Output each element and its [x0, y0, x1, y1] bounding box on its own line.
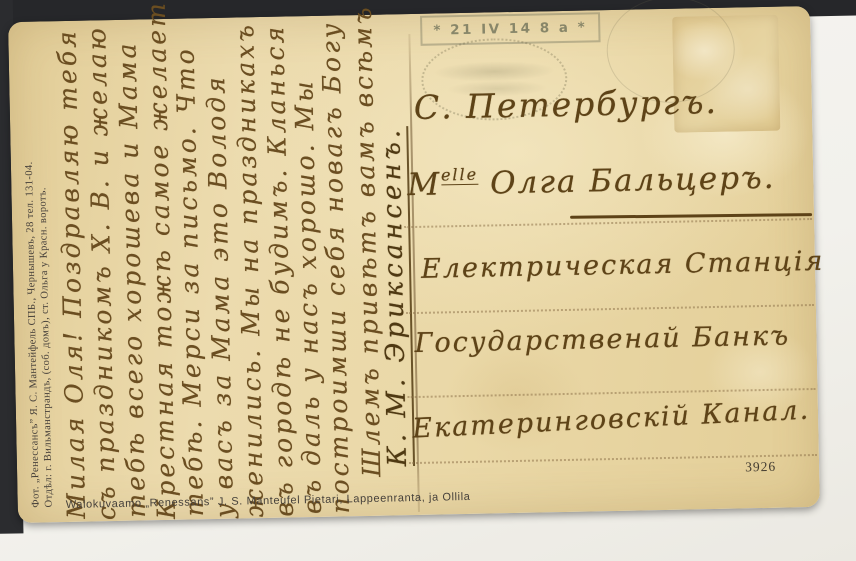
recipient-name: Олга Бальцеръ.: [478, 160, 776, 202]
scanned-postcard-photo: Фот. „Ренессансъ” Я. С. Мантейфель СПБ.,…: [0, 0, 856, 561]
address-city: С. Петербургъ.: [413, 82, 718, 127]
postcard-back: Фот. „Ренессансъ” Я. С. Мантейфель СПБ.,…: [8, 6, 820, 523]
postmark-datestamp-text: * 21 IV 14 8 a *: [433, 19, 587, 38]
recipient-title-superscript: elle: [441, 165, 479, 186]
recipient-title: M: [407, 166, 441, 203]
address-dotted-line: [404, 218, 812, 228]
address-line-2: Електрическая Станція: [421, 246, 825, 285]
address-line-4: Екатеринговскій Канал.: [412, 395, 811, 445]
serial-number: 3926: [745, 459, 776, 476]
publisher-imprint-vertical: Фот. „Ренессансъ” Я. С. Мантейфель СПБ.,…: [21, 75, 56, 507]
address-recipient: Melle Олга Бальцеръ.: [407, 159, 776, 203]
address-dotted-line: [406, 304, 814, 314]
address-line-3: Государственай Банкъ: [414, 320, 790, 359]
